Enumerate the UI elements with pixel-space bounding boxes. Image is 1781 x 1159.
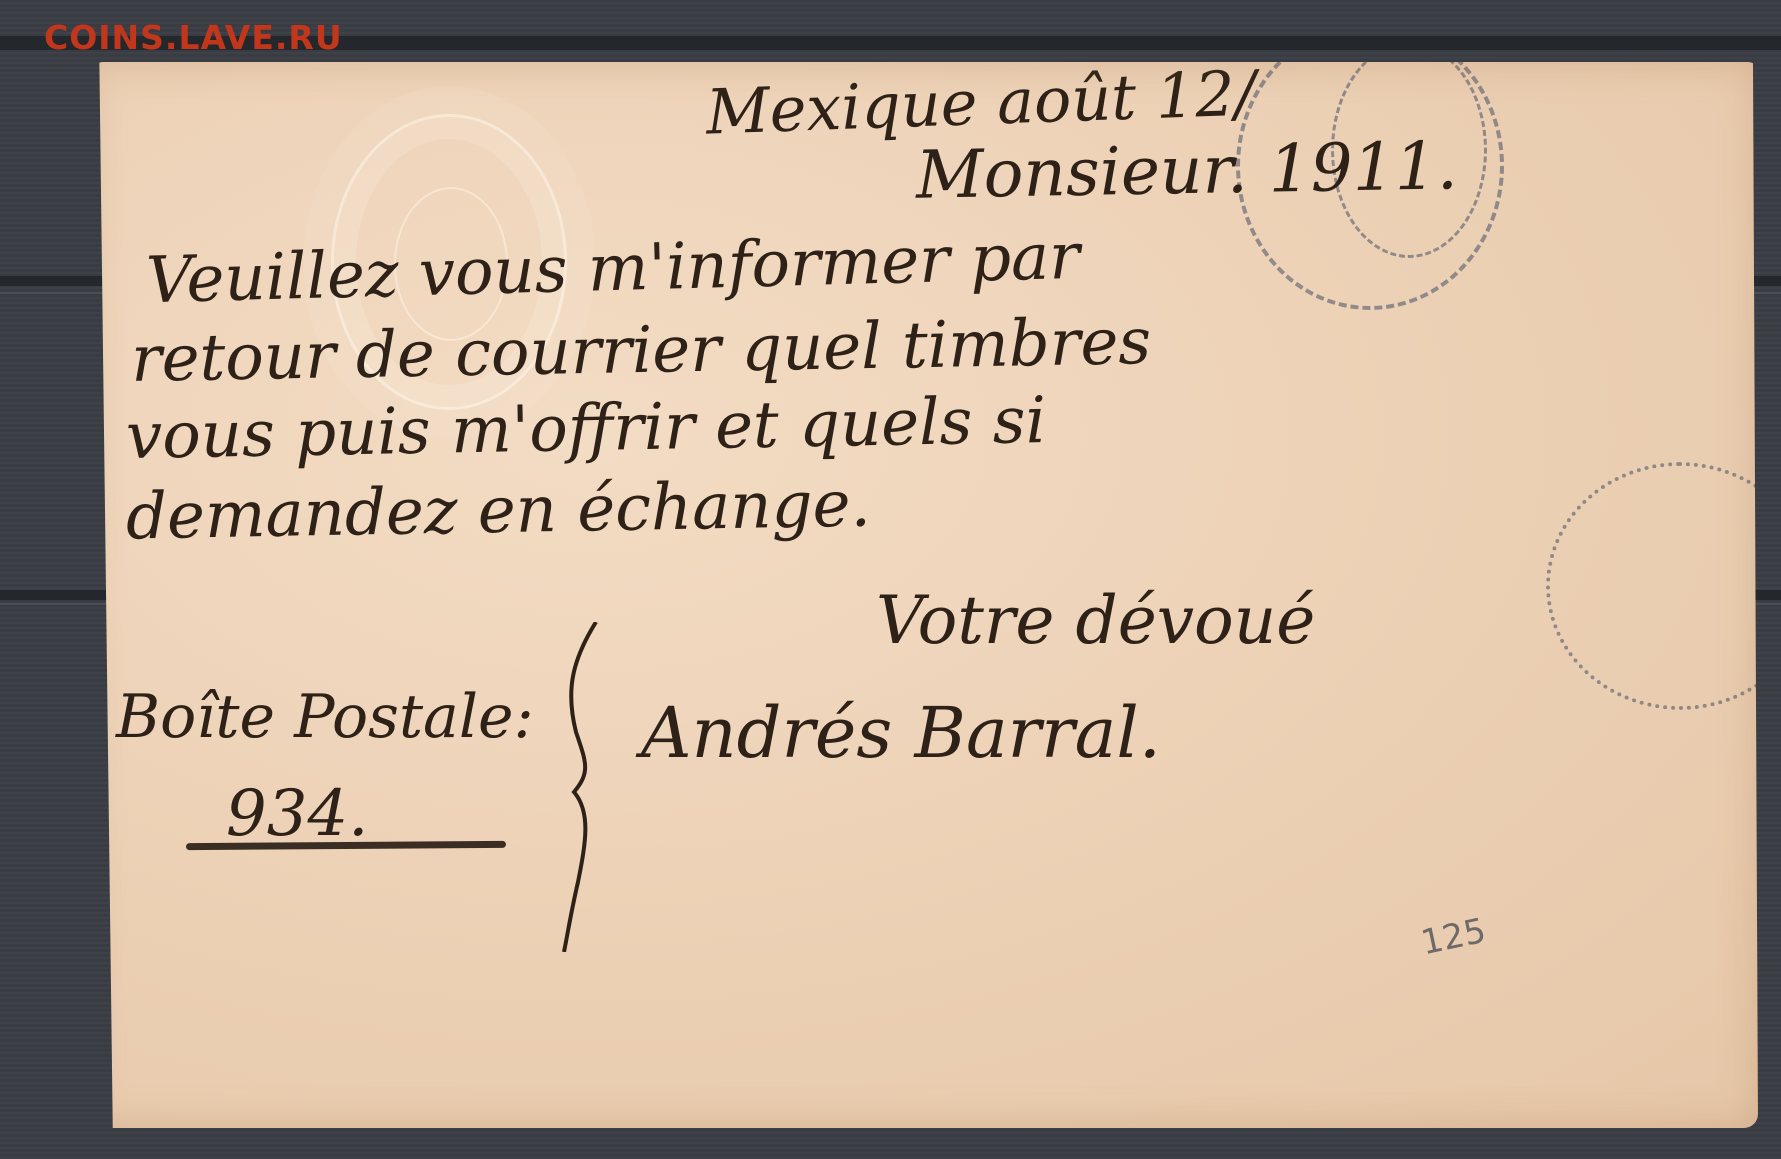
pencil-note: 125 <box>1418 911 1490 964</box>
postmark-icon <box>1546 462 1758 710</box>
signature: Andrés Barral. <box>641 692 1161 774</box>
body-line: vous puis m'offrir et quels si <box>125 384 1046 474</box>
body-line: demandez en échange. <box>125 468 871 555</box>
site-watermark: COINS.LAVE.RU <box>44 18 343 57</box>
postal-box-label: Boîte Postale: <box>116 682 534 752</box>
curly-brace-icon <box>556 622 616 952</box>
body-line: retour de courrier quel timbres <box>130 305 1151 397</box>
postcard: Mexique août 12/ Monsieur. 1911. Veuille… <box>86 62 1758 1128</box>
underline-stroke <box>186 841 506 850</box>
closing: Votre dévoué <box>876 582 1315 659</box>
body-line: Veuillez vous m'informer par <box>145 220 1080 318</box>
postal-box-number: 934. <box>226 777 369 851</box>
heading-salutation: Monsieur. 1911. <box>915 127 1458 213</box>
